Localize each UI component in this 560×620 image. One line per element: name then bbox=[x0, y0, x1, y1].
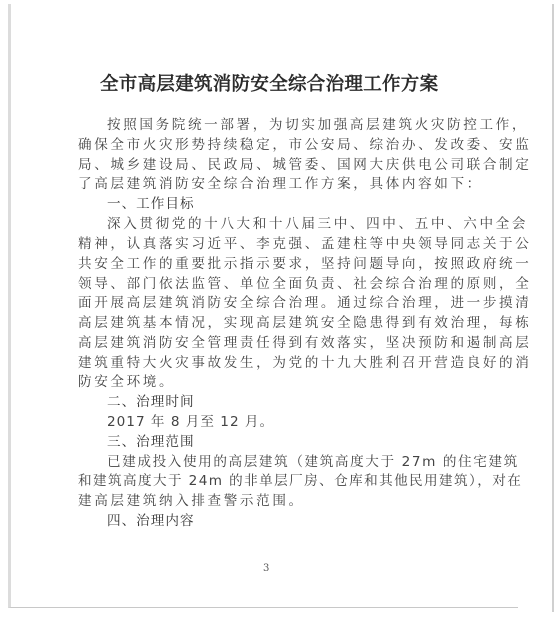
body-line: 2017 年 8 月至 12 月。 bbox=[107, 413, 274, 431]
body-line: 建高层建筑纳入排查警示范围。 bbox=[78, 492, 305, 510]
section-heading-content: 四、治理内容 bbox=[107, 512, 195, 530]
body-line: 面开展高层建筑消防安全综合治理。通过综合治理，进一步摸清 bbox=[78, 294, 531, 312]
body-line: 和建筑高度大于 24m 的非单层厂房、仓库和其他民用建筑），对在 bbox=[78, 472, 522, 490]
document-title: 全市高层建筑消防安全综合治理工作方案 bbox=[100, 70, 480, 96]
body-line: 精神，认真落实习近平、李克强、孟建柱等中央领导同志关于公 bbox=[78, 235, 531, 253]
body-line: 高层建筑消防安全管理责任得到有效落实，坚决预防和遏制高层 bbox=[78, 334, 531, 352]
intro-line: 了高层建筑消防安全综合治理工作方案，具体内容如下： bbox=[78, 175, 483, 193]
body-line: 深入贯彻党的十八大和十八届三中、四中、五中、六中全会 bbox=[107, 215, 528, 233]
section-heading-goals: 一、工作目标 bbox=[107, 195, 195, 213]
section-heading-scope: 三、治理范围 bbox=[107, 433, 195, 451]
page-number: 3 bbox=[263, 563, 269, 574]
section-heading-time: 二、治理时间 bbox=[107, 393, 195, 411]
body-line: 高层建筑基本情况，实现高层建筑安全隐患得到有效治理，每栋 bbox=[78, 314, 531, 332]
page-edge bbox=[552, 4, 554, 612]
body-line: 建筑重特大火灾事故发生，为党的十九大胜利召开营造良好的消 bbox=[78, 354, 531, 372]
intro-line: 局、城乡建设局、民政局、城管委、国网大庆供电公司联合制定 bbox=[78, 156, 531, 174]
body-line: 已建成投入使用的高层建筑（建筑高度大于 27m 的住宅建筑 bbox=[107, 453, 519, 471]
intro-line: 按照国务院统一部署，为切实加强高层建筑火灾防控工作， bbox=[107, 116, 528, 134]
body-line: 共安全工作的重要批示指示要求，坚持问题导向，按照政府统一 bbox=[78, 255, 531, 273]
intro-line: 确保全市火灾形势持续稳定，市公安局、综治办、发改委、安监 bbox=[78, 136, 531, 154]
body-line: 领导、部门依法监管、单位全面负责、社会综合治理的原则，全 bbox=[78, 275, 531, 293]
body-line: 防安全环境。 bbox=[78, 373, 175, 391]
